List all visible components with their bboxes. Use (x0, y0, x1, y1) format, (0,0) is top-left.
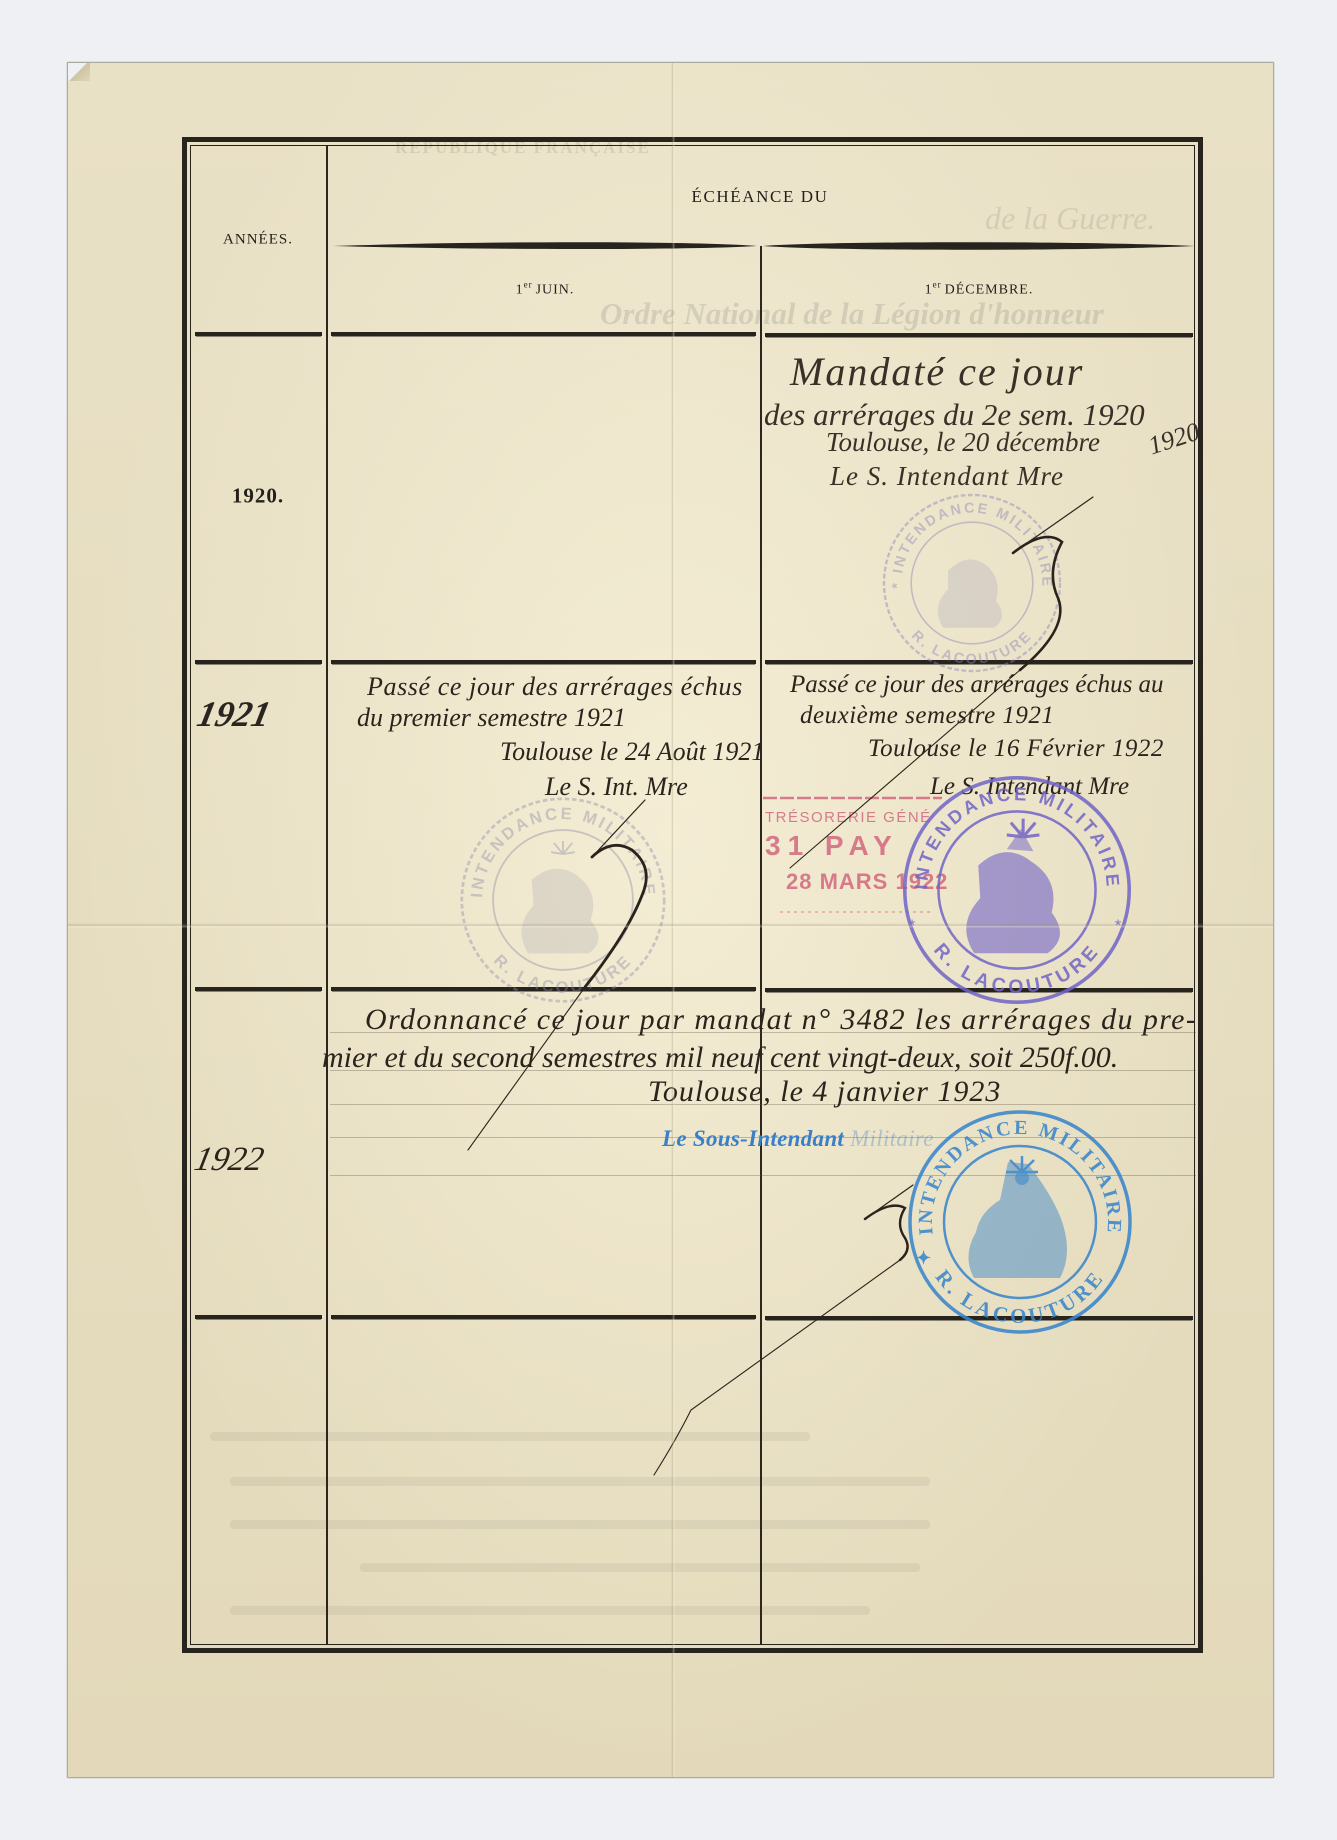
year-1922: 1922 (191, 1143, 266, 1177)
row-divider-1921 (331, 987, 756, 991)
header-june-sup: er (524, 280, 533, 290)
header-december-num: 1 (925, 283, 933, 298)
row-divider-1920 (195, 660, 322, 664)
fold-crease-vertical (671, 63, 675, 1777)
entry-1921-december-line: Le S. Intendant Mre (930, 774, 1129, 799)
header-echeance: ÉCHÉANCE DU (691, 187, 828, 207)
entry-1922-line: mier et du second semestres mil neuf cen… (322, 1043, 1118, 1073)
header-june: 1erJUIN. (516, 280, 575, 299)
ruled-line (330, 1175, 1196, 1176)
header-june-label: JUIN. (536, 283, 575, 298)
row-divider-1921 (195, 987, 322, 991)
header-december: 1erDÉCEMBRE. (925, 280, 1034, 299)
row-divider-1920 (331, 660, 756, 664)
entry-1921-june-line: du premier semestre 1921 (357, 705, 626, 731)
column-divider-june-december (760, 246, 762, 1644)
entry-1921-june-line: Toulouse le 24 Août 1921 (500, 739, 764, 765)
row-divider-1921 (765, 988, 1193, 992)
entry-1920-december-line: Le S. Intendant Mre (830, 463, 1064, 490)
row-divider-1922 (331, 1315, 756, 1319)
row-divider-header (765, 333, 1193, 337)
row-divider-header (331, 332, 756, 336)
entry-1922-line: Ordonnancé ce jour par mandat n° 3482 le… (365, 1005, 1197, 1035)
entry-1921-june-line: Passé ce jour des arrérages échus (367, 674, 743, 700)
signature-stamp-sous-intendant: Le Sous-Intendant Militaire (662, 1126, 934, 1152)
entry-1920-december-line: Mandaté ce jour (790, 352, 1084, 392)
entry-1920-december-line: Toulouse, le 20 décembre (826, 429, 1100, 456)
column-divider-years (326, 146, 328, 1644)
year-1920: 1920. (232, 484, 284, 509)
row-divider-1922 (765, 1316, 1193, 1320)
row-divider-header (195, 332, 322, 336)
header-december-sup: er (933, 280, 942, 290)
row-divider-1920 (765, 660, 1193, 664)
folded-corner (68, 63, 90, 81)
fold-crease-horizontal (68, 923, 1273, 928)
entry-1921-december-line: deuxième semestre 1921 (800, 703, 1054, 728)
entry-1921-june-line: Le S. Int. Mre (545, 774, 688, 800)
signature-stamp-text: Le Sous-Intendant (662, 1126, 844, 1151)
header-december-label: DÉCEMBRE. (945, 283, 1034, 298)
entry-1921-december-line: Toulouse le 16 Février 1922 (868, 736, 1164, 761)
entry-1922-line: Toulouse, le 4 janvier 1923 (648, 1077, 1001, 1107)
header-june-num: 1 (516, 283, 524, 298)
entry-1920-december-line: des arrérages du 2e sem. 1920 (764, 399, 1145, 430)
signature-stamp-text-faint: Militaire (844, 1126, 934, 1151)
row-divider-1922 (195, 1315, 322, 1319)
year-1921: 1921 (194, 696, 274, 732)
entry-1921-december-line: Passé ce jour des arrérages échus au (790, 672, 1164, 697)
header-years: ANNÉES. (223, 232, 293, 249)
